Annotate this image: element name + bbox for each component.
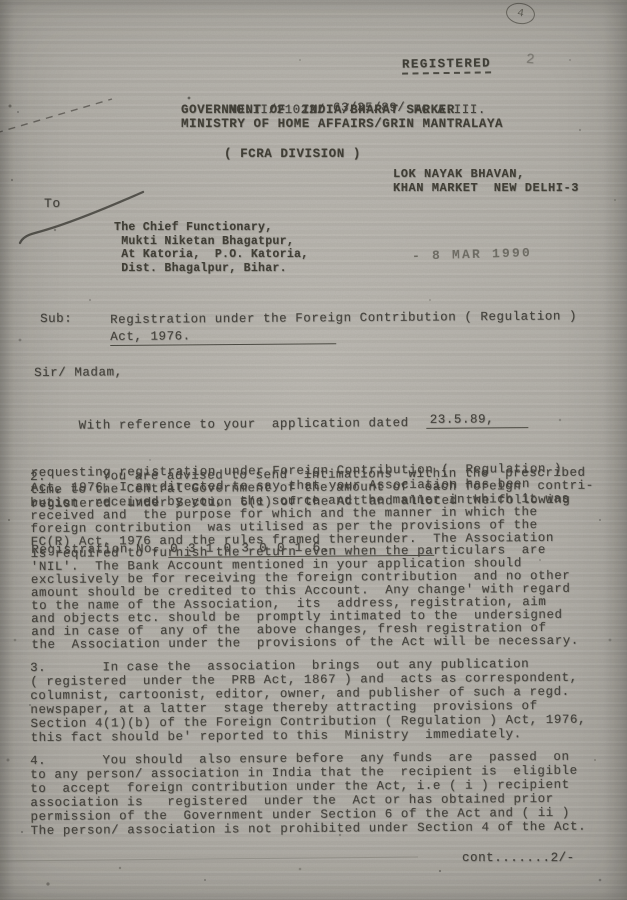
subject-block: Registration under the Foreign Contribut… [110,308,577,346]
scanned-letter-page: 4 REGISTERED 2 NO.II/21022/ 63/35/89/ FC… [0,0,627,900]
diagonal-dash-artifact [0,99,112,133]
opening-line-text: With reference to your application dated [30,416,417,433]
paragraph-4: 4. You should also ensure before any fun… [30,749,609,838]
recipient-address: The Chief Functionary, Mukti Niketan Bha… [114,221,308,275]
opening-line: With reference to your application dated… [30,414,608,434]
paragraph-2: 2. You are advised to send intimations w… [30,466,609,651]
paragraph-3: 3. In case the association brings out an… [30,656,609,745]
office-address: LOK NAYAK BHAVAN, KHAN MARKET NEW DELHI-… [393,168,579,195]
subject-line2: Act, 1976. [110,328,336,346]
government-line: GOVERNMENT OF INDIA/BHARAT SARKER [181,103,455,117]
registered-stamp: REGISTERED [402,56,491,74]
subject-label: Sub: [40,312,72,326]
continuation-note: cont.......2/- [462,851,575,865]
handwritten-circled-number: 4 [505,1,537,26]
ministry-line: MINISTRY OF HOME AFFAIRS/GRIN MANTRALAYA [181,117,503,131]
ink-dot [188,97,191,100]
application-date: 23.5.89, [427,412,529,429]
salutation: Sir/ Madam, [34,365,123,380]
bottom-crease-line [0,857,418,861]
received-date-stamp: - 8 MAR 1990 [412,245,532,263]
pencil-note: 2 [525,53,535,68]
division-line: ( FCRA DIVISION ) [224,147,361,161]
to-label: To [44,197,61,211]
